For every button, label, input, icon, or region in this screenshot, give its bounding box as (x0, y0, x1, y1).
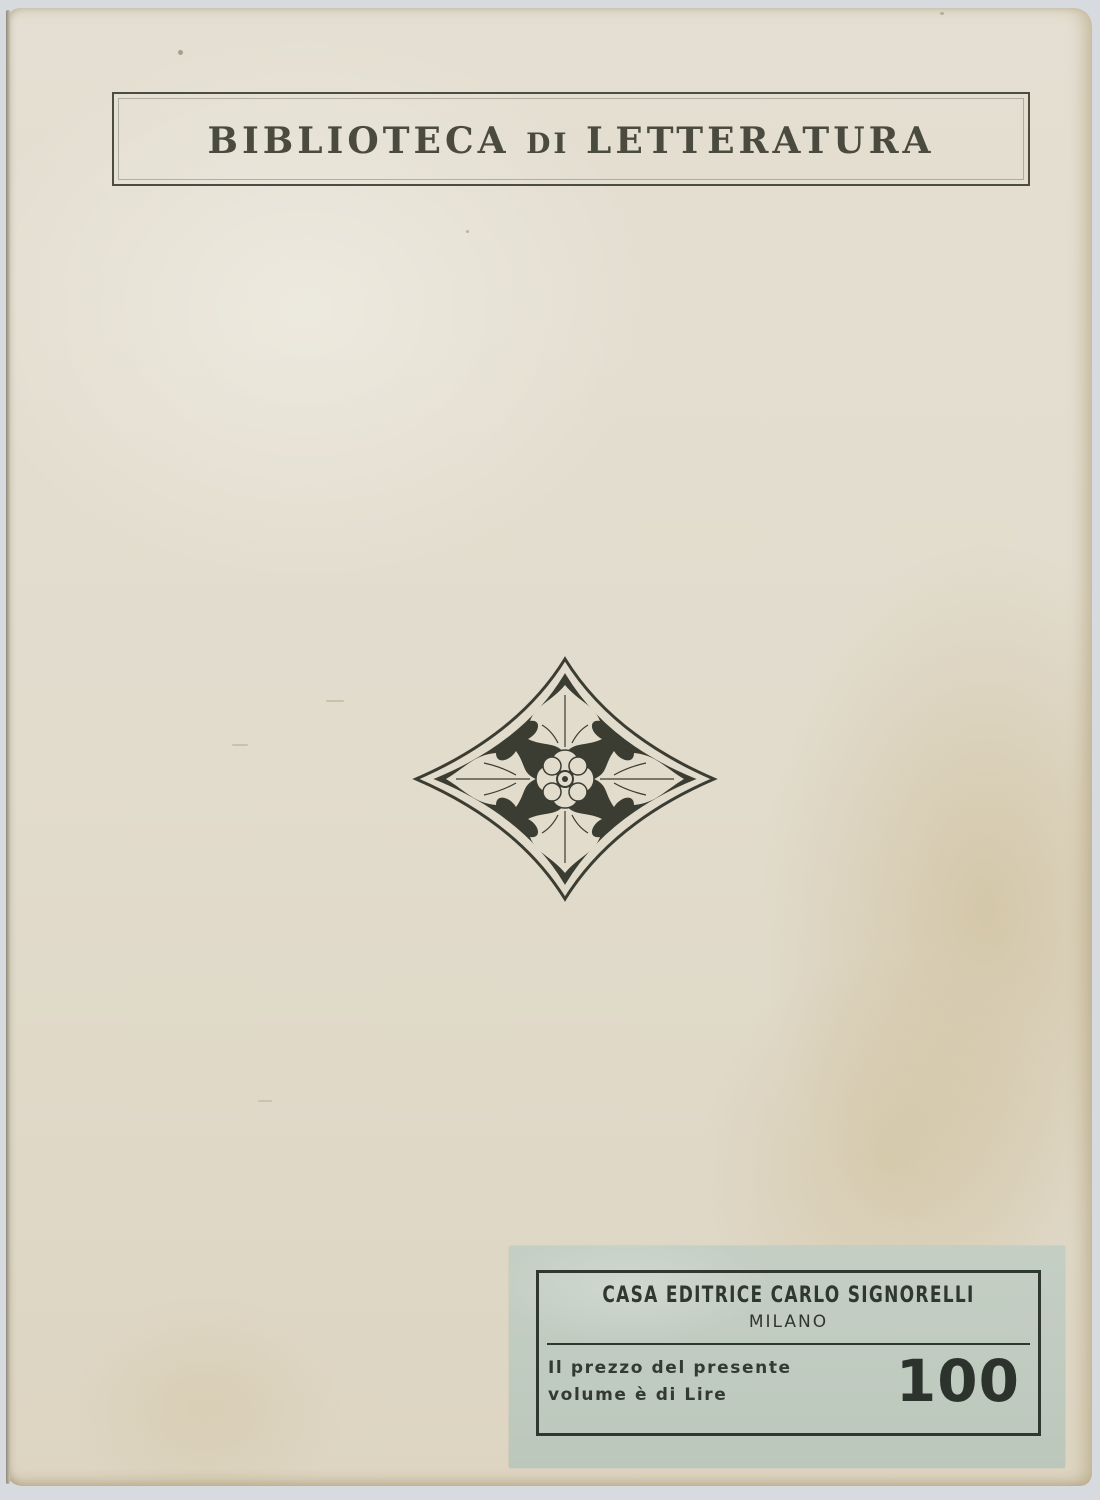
paper-speck (326, 700, 344, 702)
price-statement-line-1: Il prezzo del presente (548, 1355, 792, 1382)
price-label-frame: CASA EDITRICE CARLO SIGNORELLI MILANO Il… (536, 1270, 1041, 1436)
paper-speck (258, 1100, 272, 1102)
paper-speck (940, 12, 944, 15)
paper-speck (466, 230, 469, 233)
publisher-name: CASA EDITRICE CARLO SIGNORELLI (574, 1283, 1003, 1308)
diamond-acanthus-ornament-icon (412, 655, 718, 903)
paper-speck (178, 50, 183, 55)
series-title: BIBLIOTECA DI LETTERATURA (208, 120, 935, 162)
price-label-sticker: CASA EDITRICE CARLO SIGNORELLI MILANO Il… (509, 1246, 1065, 1468)
series-title-end: LETTERATURA (586, 120, 934, 162)
price-statement: Il prezzo del presente volume è di Lire (548, 1355, 792, 1409)
paper-speck (232, 744, 248, 746)
spine-edge (6, 10, 10, 1484)
price-statement-line-2: volume è di Lire (548, 1382, 792, 1409)
series-title-main: BIBLIOTECA (208, 120, 510, 162)
series-title-connector: DI (526, 127, 569, 160)
price-value: 100 (896, 1345, 1020, 1417)
series-title-box: BIBLIOTECA DI LETTERATURA (112, 92, 1030, 186)
publisher-city: MILANO (539, 1312, 1038, 1332)
